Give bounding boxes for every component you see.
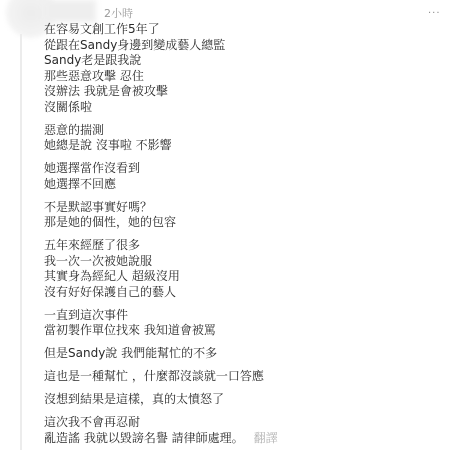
text-line: 沒有好好保護自己的藝人 — [44, 285, 434, 301]
paragraph: 她選擇當作沒看到 她選擇不回應 — [44, 161, 434, 192]
paragraph: 五年來經歷了很多 我一次一次被她說服 其實身為經紀人 超級沒用 沒有好好保護自己… — [44, 238, 434, 300]
text-line: 當初製作單位找來 我知道會被罵 — [44, 323, 434, 339]
paragraph: 不是默認事實好嗎？ 那是她的個性，她的包容 — [44, 200, 434, 231]
text-line: 但是Sandy說 我們能幫忙的不多 — [44, 346, 434, 362]
paragraph: 沒想到結果是這樣，真的太憤怒了 — [44, 392, 434, 408]
text-line: 惡意的揣測 — [44, 123, 434, 139]
paragraph: 這次我不會再忍耐 亂造謠 我就以毀謗名譽 請律師處理。翻譯 — [44, 415, 434, 446]
text-line-last: 亂造謠 我就以毀謗名譽 請律師處理。翻譯 — [44, 431, 434, 447]
text-line: 那些惡意攻擊 忍住 — [44, 69, 434, 85]
text-line: 我一次一次被她說服 — [44, 254, 434, 270]
text-line: 在容易文創工作5年了 — [44, 22, 434, 38]
text-line: 這次我不會再忍耐 — [44, 415, 434, 431]
text-line: 沒辦法 我就是會被攻擊 — [44, 84, 434, 100]
text-line: 從跟在Sandy身邊到變成藝人總監 — [44, 38, 434, 54]
text-line: 不是默認事實好嗎？ — [44, 200, 434, 216]
paragraph: 這也是一種幫忙 ，什麼都沒談就一口答應 — [44, 369, 434, 385]
text-line: 沒想到結果是這樣，真的太憤怒了 — [44, 392, 434, 408]
text-line: Sandy老是跟我說 — [44, 53, 434, 69]
text-line: 那是她的個性，她的包容 — [44, 215, 434, 231]
text-line: 五年來經歷了很多 — [44, 238, 434, 254]
text-line: 沒關係啦 — [44, 100, 434, 116]
more-options-icon[interactable]: ··· — [428, 8, 441, 19]
author-name[interactable] — [44, 0, 96, 22]
post-content: 在容易文創工作5年了 從跟在Sandy身邊到變成藝人總監 Sandy老是跟我說 … — [44, 22, 434, 450]
paragraph: 惡意的揣測 她總是說 沒事啦 不影響 — [44, 123, 434, 154]
text-line: 她總是說 沒事啦 不影響 — [44, 138, 434, 154]
thread-line — [20, 34, 22, 450]
text-line: 亂造謠 我就以毀謗名譽 請律師處理。 — [44, 431, 244, 445]
text-line: 這也是一種幫忙 ，什麼都沒談就一口答應 — [44, 369, 434, 385]
text-line: 一直到這次事件 — [44, 308, 434, 324]
timestamp[interactable]: 2小時 — [104, 5, 133, 21]
paragraph: 但是Sandy說 我們能幫忙的不多 — [44, 346, 434, 362]
text-line: 其實身為經紀人 超級沒用 — [44, 269, 434, 285]
paragraph: 在容易文創工作5年了 從跟在Sandy身邊到變成藝人總監 Sandy老是跟我說 … — [44, 22, 434, 115]
text-line: 她選擇當作沒看到 — [44, 161, 434, 177]
text-line: 她選擇不回應 — [44, 177, 434, 193]
paragraph: 一直到這次事件 當初製作單位找來 我知道會被罵 — [44, 308, 434, 339]
translate-link[interactable]: 翻譯 — [254, 431, 278, 445]
